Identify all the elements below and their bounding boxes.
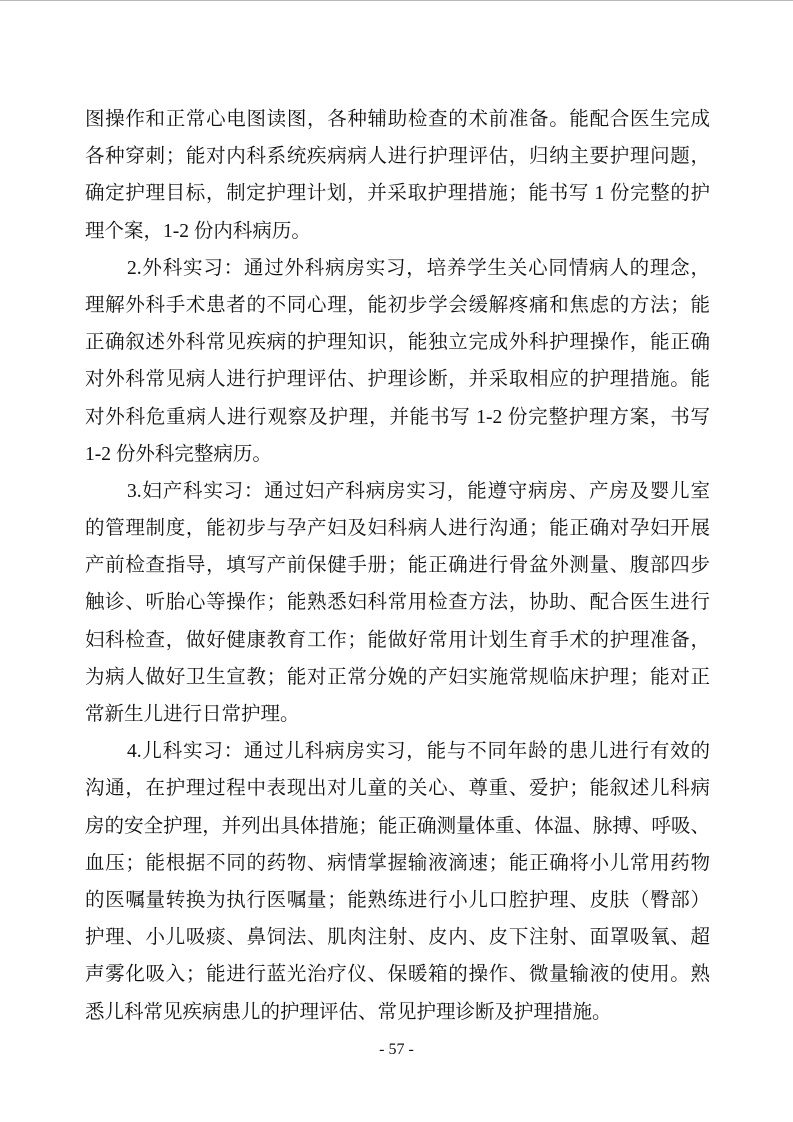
text-line: 确定护理目标，制定护理计划，并采取护理措施；能书写 1 份完整的护 xyxy=(85,175,710,212)
text-line: 图操作和正常心电图读图，各种辅助检查的术前准备。能配合医生完成 xyxy=(85,101,710,138)
text-line: 护理、小儿吸痰、鼻饲法、肌肉注射、皮内、皮下注射、面罩吸氧、超 xyxy=(85,919,710,956)
text-line: 声雾化吸入；能进行蓝光治疗仪、保暖箱的操作、微量输液的使用。熟 xyxy=(85,956,710,993)
text-line: 4.儿科实习：通过儿科病房实习，能与不同年龄的患儿进行有效的 xyxy=(85,733,710,770)
page-number: - 57 - xyxy=(379,1041,414,1058)
text-line: 触诊、听胎心等操作；能熟悉妇科常用检查方法，协助、配合医生进行 xyxy=(85,584,710,621)
text-line: 的管理制度，能初步与孕产妇及妇科病人进行沟通；能正确对孕妇开展 xyxy=(85,510,710,547)
text-line: 沟通，在护理过程中表现出对儿童的关心、尊重、爱护；能叙述儿科病 xyxy=(85,770,710,807)
paragraph: 图操作和正常心电图读图，各种辅助检查的术前准备。能配合医生完成各种穿刺；能对内科… xyxy=(85,101,710,250)
text-line: 房的安全护理，并列出具体措施；能正确测量体重、体温、脉搏、呼吸、 xyxy=(85,808,710,845)
page-footer: - 57 - xyxy=(0,1040,793,1060)
paragraph: 2.外科实习：通过外科病房实习，培养学生关心同情病人的理念，理解外科手术患者的不… xyxy=(85,250,710,473)
text-line: 对外科常见病人进行护理评估、护理诊断，并采取相应的护理措施。能 xyxy=(85,361,710,398)
text-line: 对外科危重病人进行观察及护理，并能书写 1-2 份完整护理方案，书写 xyxy=(85,399,710,436)
text-line: 各种穿刺；能对内科系统疾病病人进行护理评估，归纳主要护理问题， xyxy=(85,138,710,175)
text-line: 常新生儿进行日常护理。 xyxy=(85,696,710,733)
paragraph: 4.儿科实习：通过儿科病房实习，能与不同年龄的患儿进行有效的沟通，在护理过程中表… xyxy=(85,733,710,1031)
text-line: 的医嘱量转换为执行医嘱量；能熟练进行小儿口腔护理、皮肤（臀部） xyxy=(85,882,710,919)
text-line: 悉儿科常见疾病患儿的护理评估、常见护理诊断及护理措施。 xyxy=(85,994,710,1031)
text-line: 3.妇产科实习：通过妇产科病房实习，能遵守病房、产房及婴儿室 xyxy=(85,473,710,510)
text-line: 为病人做好卫生宣教；能对正常分娩的产妇实施常规临床护理；能对正 xyxy=(85,659,710,696)
text-line: 产前检查指导，填写产前保健手册；能正确进行骨盆外测量、腹部四步 xyxy=(85,547,710,584)
text-line: 妇科检查，做好健康教育工作；能做好常用计划生育手术的护理准备， xyxy=(85,622,710,659)
text-line: 理解外科手术患者的不同心理，能初步学会缓解疼痛和焦虑的方法；能 xyxy=(85,287,710,324)
document-body: 图操作和正常心电图读图，各种辅助检查的术前准备。能配合医生完成各种穿刺；能对内科… xyxy=(85,101,710,1031)
text-line: 血压；能根据不同的药物、病情掌握输液滴速；能正确将小儿常用药物 xyxy=(85,845,710,882)
text-line: 理个案，1-2 份内科病历。 xyxy=(85,213,710,250)
text-line: 2.外科实习：通过外科病房实习，培养学生关心同情病人的理念， xyxy=(85,250,710,287)
page-top-edge-divider xyxy=(0,0,793,1)
text-line: 正确叙述外科常见疾病的护理知识，能独立完成外科护理操作，能正确 xyxy=(85,324,710,361)
document-page: 图操作和正常心电图读图，各种辅助检查的术前准备。能配合医生完成各种穿刺；能对内科… xyxy=(0,0,793,1122)
paragraph: 3.妇产科实习：通过妇产科病房实习，能遵守病房、产房及婴儿室的管理制度，能初步与… xyxy=(85,473,710,733)
text-line: 1-2 份外科完整病历。 xyxy=(85,436,710,473)
